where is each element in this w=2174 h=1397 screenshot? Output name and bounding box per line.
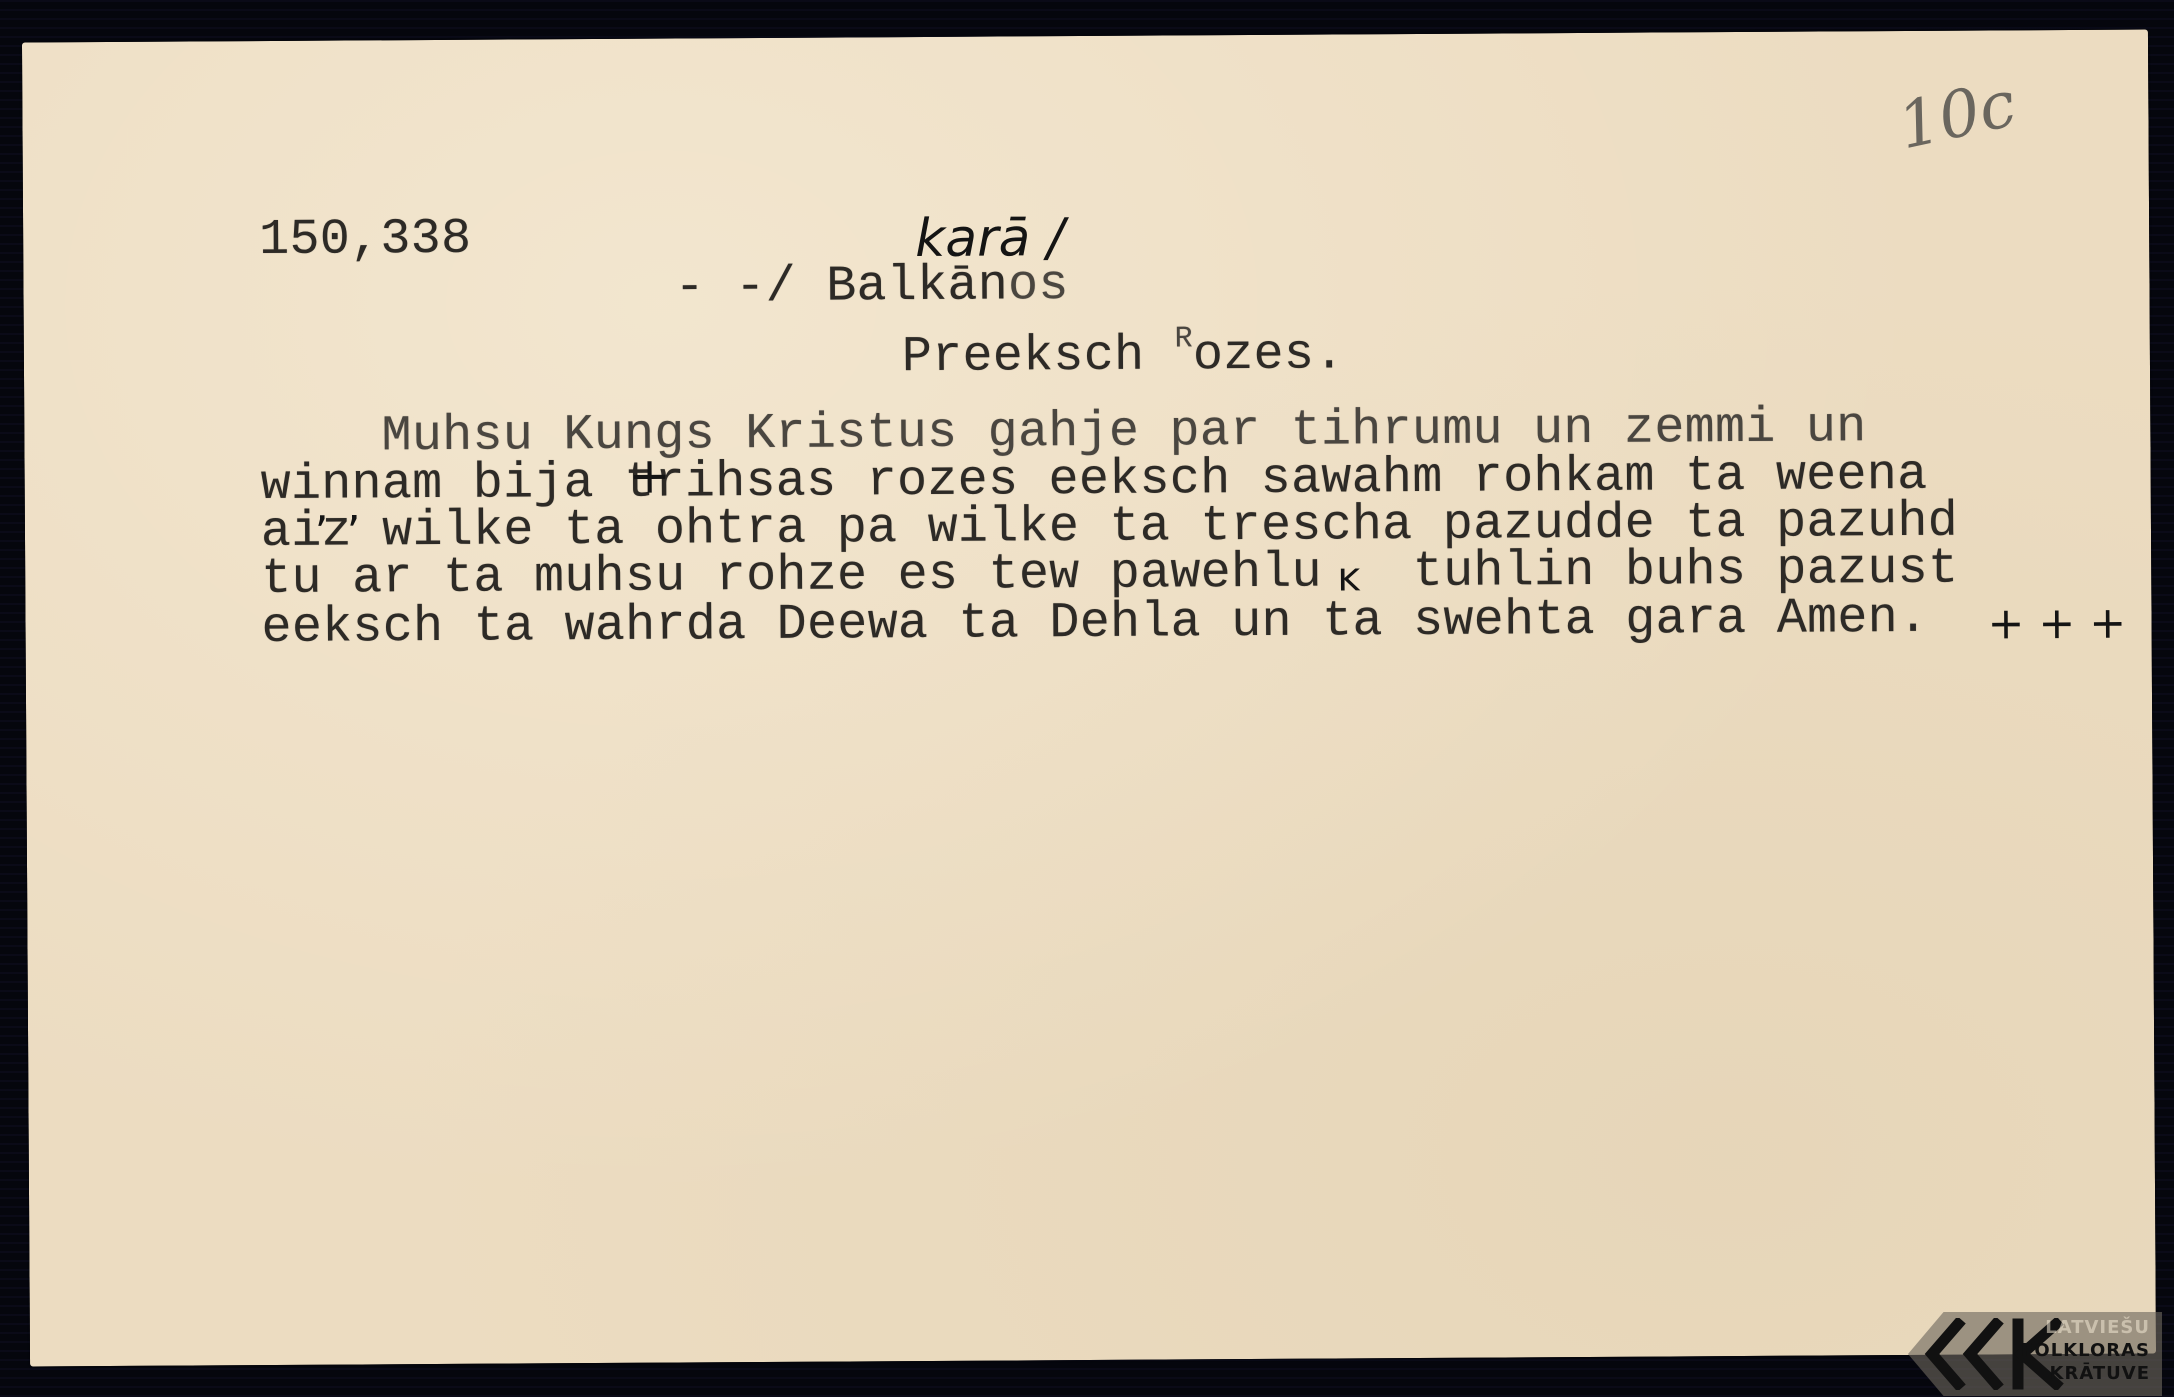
body-line-5: eeksch ta wahrda Deewa ta Dehla un ta sw… bbox=[261, 594, 1928, 654]
watermark-line-3: KRĀTUVE bbox=[2021, 1362, 2150, 1385]
watermark-text: LATVIEŠU FOLKLORAS KRĀTUVE bbox=[2021, 1316, 2150, 1385]
watermark-line-1: LATVIEŠU bbox=[2021, 1316, 2150, 1339]
watermark-line-2: FOLKLORAS bbox=[2021, 1339, 2150, 1362]
title-rest: ozes. bbox=[1193, 326, 1345, 384]
cross-annotation: + bbox=[628, 447, 670, 505]
card-title: Preeksch Rozes. bbox=[902, 323, 1345, 383]
comma-annotation: , , bbox=[315, 480, 363, 531]
reference-number: 150,338 bbox=[259, 215, 471, 266]
k-annotation: ĸ bbox=[1337, 554, 1360, 600]
closing-crosses: + + + bbox=[1987, 598, 2126, 650]
archive-watermark-logo: LATVIEŠU FOLKLORAS KRĀTUVE bbox=[1908, 1312, 2162, 1396]
category-handwritten: karā / bbox=[915, 208, 1065, 269]
title-superscript-r: R bbox=[1174, 322, 1193, 356]
archive-card: 10c 150,338 - -/ Balkānos karā / Preeksc… bbox=[22, 30, 2156, 1367]
title-prefix: Preeksch bbox=[902, 327, 1175, 386]
corner-pencil-mark: 10c bbox=[1892, 67, 2022, 164]
